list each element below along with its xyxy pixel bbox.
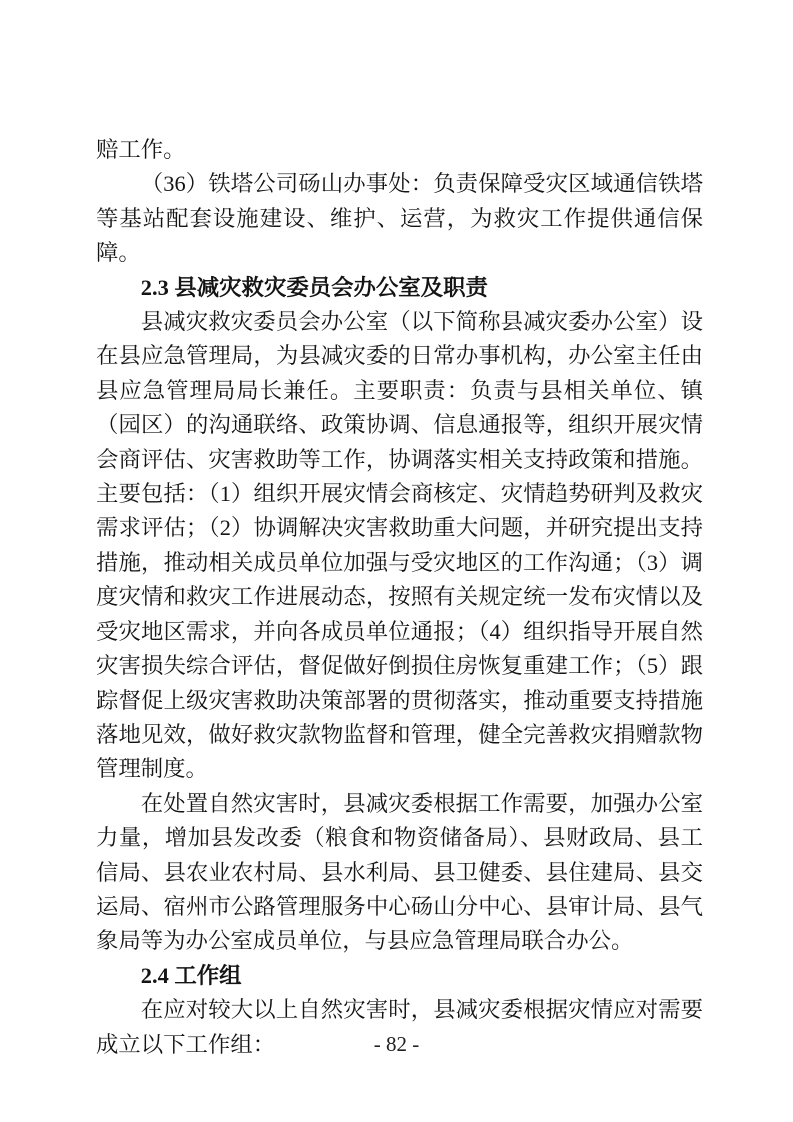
section-heading-2-4: 2.4 工作组	[96, 959, 703, 993]
document-content: 赔工作。 （36）铁塔公司砀山办事处：负责保障受灾区域通信铁塔等基站配套设施建设…	[96, 133, 703, 1062]
section-heading-2-3: 2.3 县减灾救灾委员会办公室及职责	[96, 271, 703, 305]
paragraph-continuation: 赔工作。	[96, 133, 703, 167]
page-number: - 82 -	[0, 1032, 793, 1057]
paragraph-office-duties: 县减灾救灾委员会办公室（以下简称县减灾委办公室）设在县应急管理局，为县减灾委的日…	[96, 305, 703, 787]
document-page: 赔工作。 （36）铁塔公司砀山办事处：负责保障受灾区域通信铁塔等基站配套设施建设…	[0, 0, 793, 1122]
paragraph-office-members: 在处置自然灾害时，县减灾委根据工作需要，加强办公室力量，增加县发改委（粮食和物资…	[96, 787, 703, 959]
paragraph-item-36: （36）铁塔公司砀山办事处：负责保障受灾区域通信铁塔等基站配套设施建设、维护、运…	[96, 167, 703, 270]
